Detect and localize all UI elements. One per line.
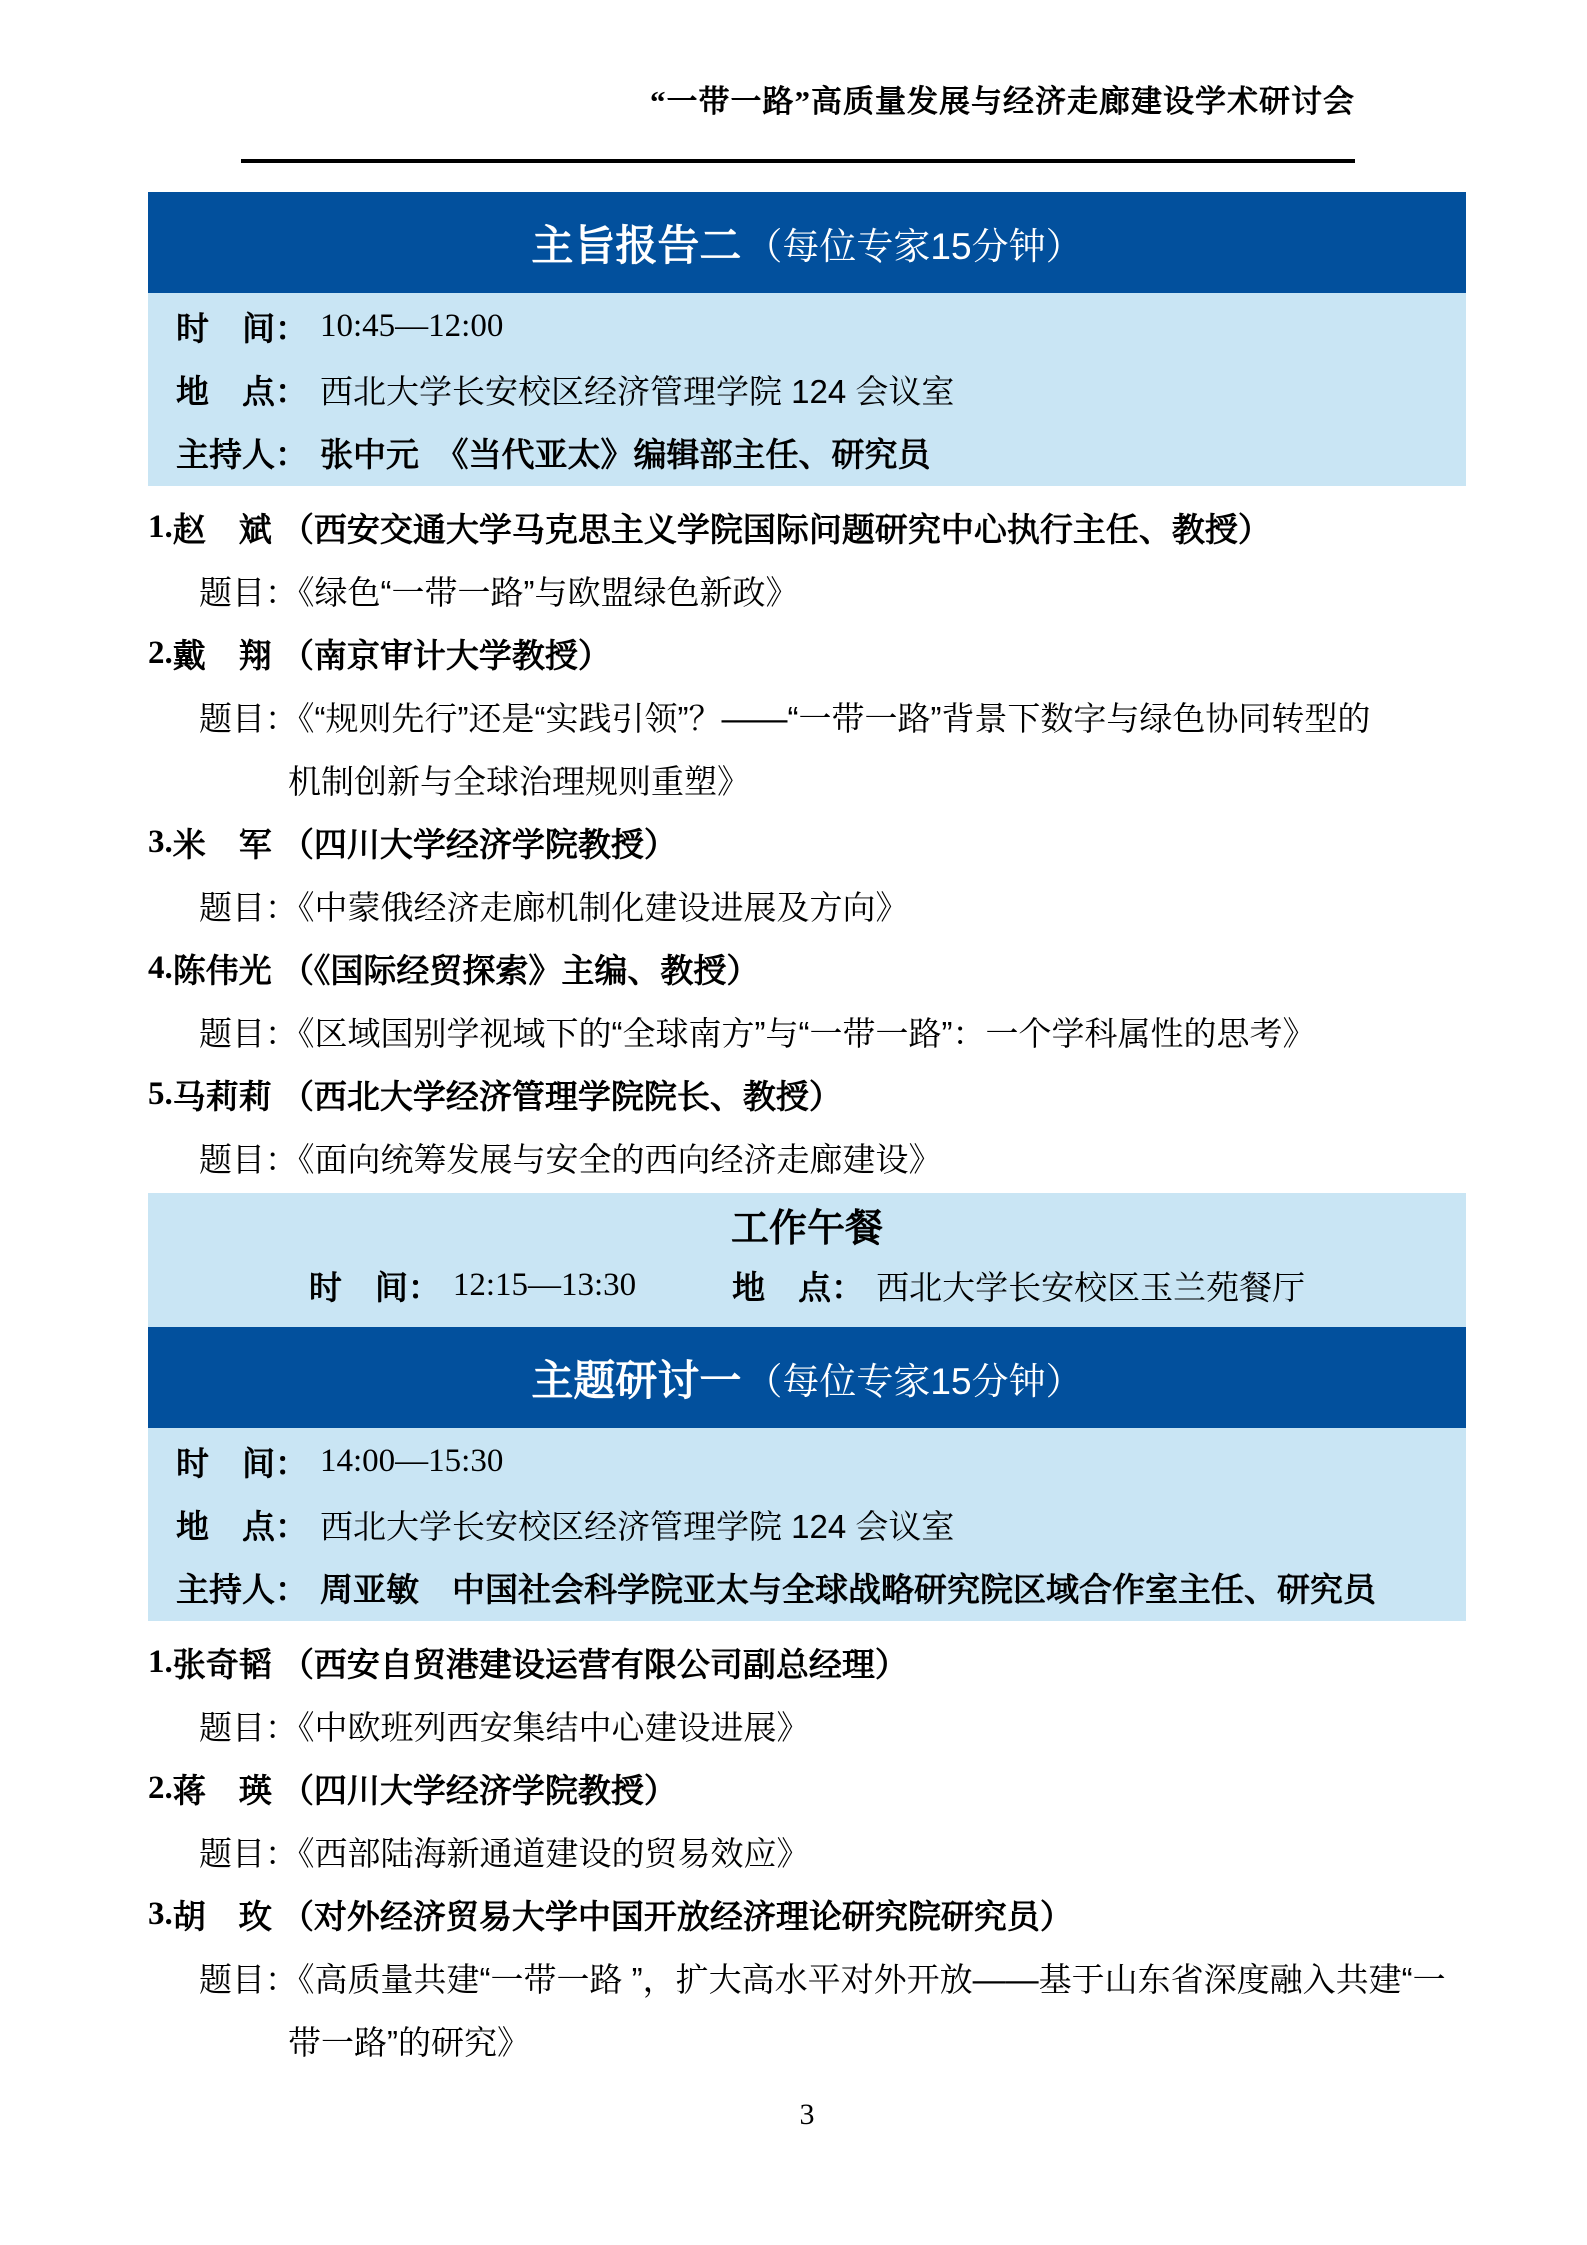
speaker-affiliation: （四川大学经济学院教授） (281, 819, 677, 866)
time-label: 时 间： (176, 303, 308, 350)
lunch-place-label: 地 点： (732, 1262, 864, 1309)
speaker-number: 4. (148, 950, 173, 987)
speaker-name: 米 军 (173, 819, 281, 866)
speaker-number: 5. (148, 1076, 173, 1113)
speaker-affiliation: （《国际经贸探索》主编、教授） (281, 945, 760, 992)
speaker-number: 1. (148, 1644, 173, 1681)
lunch-time-label: 时 间： (309, 1262, 441, 1309)
place-label: 地 点： (176, 366, 308, 413)
place-label: 地 点： (176, 1501, 308, 1548)
speaker-topic: 题目：《“规则先行”还是“实践引领”？——“一带一路”背景下数字与绿色协同转型的 (148, 685, 1466, 748)
speaker-name: 张奇韬 (173, 1639, 281, 1686)
speaker-name: 戴 翔 (173, 630, 281, 677)
session-2-infobox: 时 间： 14:00—15:30 地 点： 西北大学长安校区经济管理学院 124… (148, 1428, 1466, 1621)
host-label: 主持人： (176, 1564, 308, 1611)
time-label: 时 间： (176, 1438, 308, 1485)
lunch-section: 工作午餐 时 间： 12:15—13:30 地 点： 西北大学长安校区玉兰苑餐厅 (148, 1193, 1466, 1327)
speaker-number: 2. (148, 635, 173, 672)
speaker-affiliation: （对外经济贸易大学中国开放经济理论研究院研究员） (281, 1891, 1073, 1938)
speaker-row: 3.胡 玫 （对外经济贸易大学中国开放经济理论研究院研究员） (148, 1883, 1466, 1946)
speaker-row: 2.蒋 瑛 （四川大学经济学院教授） (148, 1757, 1466, 1820)
host-value: 周亚敏 中国社会科学院亚太与全球战略研究院区域合作室主任、研究员 (320, 1564, 1376, 1611)
speaker-topic: 题目：《区域国别学视域下的“全球南方”与“一带一路”：一个学科属性的思考》 (148, 1000, 1466, 1063)
session-2-banner-title: 主题研讨一 (531, 1348, 741, 1408)
session-1-banner-note: （每位专家15分钟） (745, 216, 1082, 270)
speaker-row: 2.戴 翔 （南京审计大学教授） (148, 622, 1466, 685)
speaker-affiliation: （南京审计大学教授） (281, 630, 611, 677)
speaker-name: 陈伟光 (173, 945, 281, 992)
document-body: 主旨报告二 （每位专家15分钟） 时 间： 10:45—12:00 地 点： 西… (148, 192, 1466, 2132)
speaker-number: 1. (148, 509, 173, 546)
speaker-topic: 题目：《中蒙俄经济走廊机制化建设进展及方向》 (148, 874, 1466, 937)
header-title: “一带一路”高质量发展与经济走廊建设学术研讨会 (241, 76, 1355, 121)
session-2-banner: 主题研讨一 （每位专家15分钟） (148, 1327, 1466, 1428)
session-2-speakers: 1.张奇韬 （西安自贸港建设运营有限公司副总经理） 题目：《中欧班列西安集结中心… (148, 1621, 1466, 2076)
session-2-host-row: 主持人： 周亚敏 中国社会科学院亚太与全球战略研究院区域合作室主任、研究员 (176, 1556, 1466, 1619)
speaker-topic: 题目：《面向统筹发展与安全的西向经济走廊建设》 (148, 1126, 1466, 1189)
time-value: 10:45—12:00 (320, 308, 503, 345)
speaker-topic: 题目：《高质量共建“一带一路 ”，扩大高水平对外开放——基于山东省深度融入共建“… (148, 1946, 1466, 2009)
speaker-name: 胡 玫 (173, 1891, 281, 1938)
host-label: 主持人： (176, 429, 308, 476)
session-1-host-row: 主持人： 张中元 《当代亚太》编辑部主任、研究员 (176, 421, 1466, 484)
session-1-infobox: 时 间： 10:45—12:00 地 点： 西北大学长安校区经济管理学院 124… (148, 293, 1466, 486)
speaker-name: 蒋 瑛 (173, 1765, 281, 1812)
speaker-name: 赵 斌 (173, 504, 281, 551)
session-1-time-row: 时 间： 10:45—12:00 (176, 295, 1466, 358)
speaker-topic-continued: 机制创新与全球治理规则重塑》 (148, 748, 1466, 811)
session-1-banner: 主旨报告二 （每位专家15分钟） (148, 192, 1466, 293)
session-2-place-row: 地 点： 西北大学长安校区经济管理学院 124 会议室 (176, 1493, 1466, 1556)
session-1-place-row: 地 点： 西北大学长安校区经济管理学院 124 会议室 (176, 358, 1466, 421)
speaker-affiliation: （西安交通大学马克思主义学院国际问题研究中心执行主任、教授） (281, 504, 1271, 551)
speaker-topic-continued: 带一路”的研究》 (148, 2009, 1466, 2072)
speaker-row: 1.赵 斌 （西安交通大学马克思主义学院国际问题研究中心执行主任、教授） (148, 496, 1466, 559)
lunch-place-value: 西北大学长安校区玉兰苑餐厅 (876, 1262, 1305, 1309)
speaker-number: 3. (148, 824, 173, 861)
page-number: 3 (148, 2098, 1466, 2132)
header-divider-line (241, 159, 1355, 163)
speaker-row: 4.陈伟光 （《国际经贸探索》主编、教授） (148, 937, 1466, 1000)
speaker-topic: 题目：《中欧班列西安集结中心建设进展》 (148, 1694, 1466, 1757)
speaker-name: 马莉莉 (173, 1071, 281, 1118)
speaker-row: 1.张奇韬 （西安自贸港建设运营有限公司副总经理） (148, 1631, 1466, 1694)
speaker-row: 5.马莉莉 （西北大学经济管理学院院长、教授） (148, 1063, 1466, 1126)
speaker-affiliation: （西北大学经济管理学院院长、教授） (281, 1071, 842, 1118)
host-value: 张中元 《当代亚太》编辑部主任、研究员 (320, 429, 931, 476)
session-1-speakers: 1.赵 斌 （西安交通大学马克思主义学院国际问题研究中心执行主任、教授） 题目：… (148, 486, 1466, 1193)
lunch-title: 工作午餐 (148, 1203, 1466, 1255)
speaker-row: 3.米 军 （四川大学经济学院教授） (148, 811, 1466, 874)
speaker-number: 3. (148, 1896, 173, 1933)
lunch-time-value: 12:15—13:30 (453, 1267, 636, 1304)
speaker-number: 2. (148, 1770, 173, 1807)
place-value: 西北大学长安校区经济管理学院 124 会议室 (320, 1501, 954, 1548)
session-1-banner-title: 主旨报告二 (531, 213, 741, 273)
place-value: 西北大学长安校区经济管理学院 124 会议室 (320, 366, 954, 413)
time-value: 14:00—15:30 (320, 1443, 503, 1480)
speaker-affiliation: （四川大学经济学院教授） (281, 1765, 677, 1812)
speaker-topic: 题目：《绿色“一带一路”与欧盟绿色新政》 (148, 559, 1466, 622)
session-2-time-row: 时 间： 14:00—15:30 (176, 1430, 1466, 1493)
speaker-affiliation: （西安自贸港建设运营有限公司副总经理） (281, 1639, 908, 1686)
speaker-topic: 题目：《西部陆海新通道建设的贸易效应》 (148, 1820, 1466, 1883)
session-2-banner-note: （每位专家15分钟） (745, 1351, 1082, 1405)
lunch-details-row: 时 间： 12:15—13:30 地 点： 西北大学长安校区玉兰苑餐厅 (148, 1255, 1466, 1315)
